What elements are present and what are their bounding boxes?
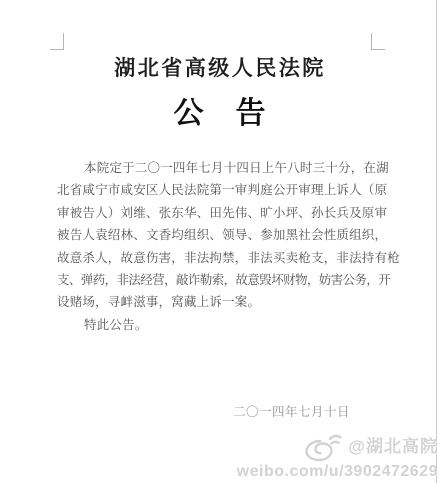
weibo-eye-icon: [303, 431, 343, 463]
margin-crop-mark-left-icon: [50, 33, 64, 50]
weibo-url: weibo.com/u/3902472629: [237, 463, 438, 481]
body-line: 北省咸宁市咸安区人民法院第一审判庭公开审理上诉人（原: [57, 179, 397, 201]
announcement-body: 本院定于二〇一四年七月十四日上午八时三十分，在湖 北省咸宁市咸安区人民法院第一审…: [57, 157, 397, 336]
body-line: 本院定于二〇一四年七月十四日上午八时三十分，在湖: [57, 157, 397, 179]
court-name-heading: 湖北省高级人民法院: [0, 52, 440, 82]
weibo-watermark: @湖北高院 weibo.com/u/3902472629: [237, 431, 438, 481]
announcement-date: 二〇一四年七月十日: [233, 402, 350, 420]
body-line: 支、弹药，非法经营，敲诈勒索，故意毁坏财物，妨害公务，开: [57, 269, 397, 291]
body-closing-line: 特此公告。: [57, 314, 397, 336]
announcement-title: 公 告: [0, 88, 440, 132]
body-line: 审被告人）刘维、张东华、田先伟、旷小坪、孙长兵及原审: [57, 202, 397, 224]
body-line: 设赌场，寻衅滋事，窝藏上诉一案。: [57, 291, 397, 313]
court-announcement-page: 湖北省高级人民法院 公 告 本院定于二〇一四年七月十四日上午八时三十分，在湖 北…: [0, 0, 440, 483]
body-line: 故意杀人，故意伤害，非法拘禁，非法买卖枪支，非法持有枪: [57, 247, 397, 269]
weibo-handle: @湖北高院: [348, 438, 438, 457]
margin-crop-mark-right-icon: [371, 33, 385, 50]
body-line: 被告人袁绍林、文香均组织、领导、参加黑社会性质组织，: [57, 224, 397, 246]
